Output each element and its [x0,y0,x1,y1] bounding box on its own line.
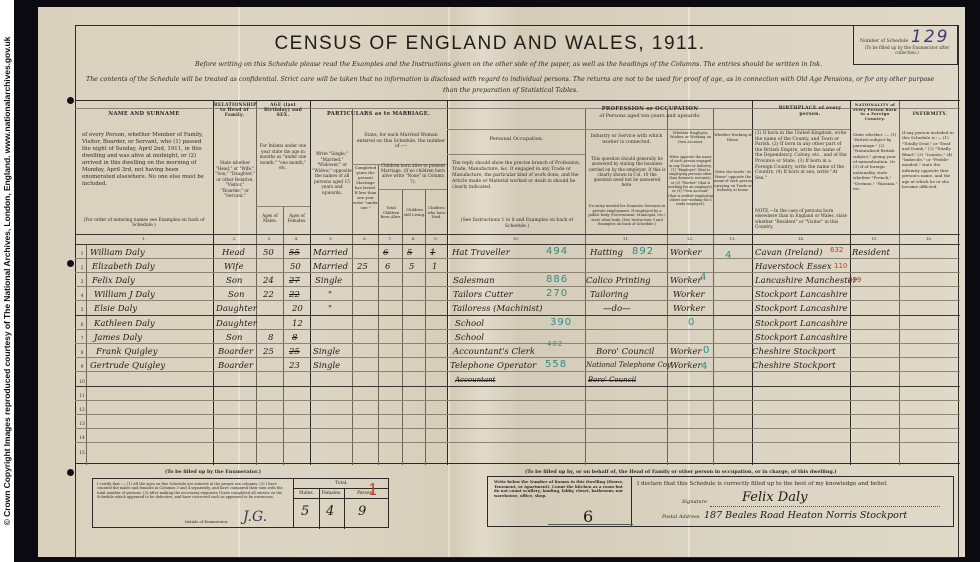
col-birthplace-note: NOTE.—In the case of persons born elsewh… [755,209,849,231]
total-males: 5 [301,504,309,519]
children-died-struck: 1 [430,248,435,258]
col-industry: Industry or Service with which worker is… [586,134,667,145]
children-total-struck: 6 [383,248,388,258]
occupation-code: 402 [547,340,563,348]
employer-status: Worker [670,276,702,286]
birthplace: Stockport Lancashire [755,304,848,314]
employer-code: 0 [703,345,710,356]
declaration-box: I declare that this Schedule is correctl… [632,476,954,527]
birthplace: Cheshire Stockport [752,347,836,357]
col-industry-desc: This question should generally be answer… [588,156,666,188]
enumerator-heading: (To be filled up by the Enumerator.) [165,470,261,475]
age-female-struck: 55 [289,248,300,258]
punch-hole [67,260,74,267]
industry: Calico Printing [586,276,651,286]
occupation: Tailoress (Machinist) [452,304,542,314]
age-male: 24 [263,276,274,286]
age-male: 50 [263,248,274,258]
industry: Tailoring [590,290,628,300]
birthplace: Stockport Lancashire [755,290,848,300]
age-male: 8 [268,333,273,343]
red-check-mark: 1 [368,480,378,499]
marriage-years: 25 [357,262,368,272]
col-married-woman-desc: State, for each Married Woman entered on… [355,133,447,150]
industry: Boro' Council [596,347,654,357]
col-children-living: Children still Living. [403,208,426,217]
marital-status: Single [313,347,340,357]
occupation: Tailors Cutter [453,290,513,300]
person-name: Frank Quigley [96,347,158,357]
birthplace: Cheshire Stockport [752,361,836,371]
occupation-code: 886 [546,274,568,285]
occupation-code: 390 [550,317,572,328]
occupation: School [455,333,484,343]
col-nationality-header: NATIONALITY of every Person born in a Fo… [851,103,899,121]
birthplace-code: 632 [830,246,843,254]
occupation-code: 270 [546,288,568,299]
total-persons: 9 [358,504,366,519]
col-marriage-status-desc: Write "Single," "Married," "Widower," or… [312,152,352,196]
age-female-struck: 25 [289,347,300,357]
col-relationship-header: RELATIONSHIP to Head of Family. [214,103,255,118]
relationship: Boarder [218,361,253,371]
person-name: William J Daly [94,290,155,300]
employer-code: 4 [701,361,708,372]
age-female: 12 [292,319,303,329]
col-home-desc: Write the words "At Home" opposite the n… [714,170,752,193]
marital-status: Single [315,276,342,286]
col-birthplace-header: BIRTHPLACE of every person. [770,106,850,118]
occupation-code: 558 [545,359,567,370]
birthplace: Stockport Lancashire [755,333,848,343]
relationship: Wife [224,262,243,272]
employer-code: 4 [700,272,707,283]
col-infirmity-header: INFIRMITY. [900,111,960,117]
col-birthplace-desc: (1) If born in the United Kingdom, write… [755,131,849,181]
birthplace-code: 059 [848,276,861,284]
relationship: Daughter [216,319,257,329]
age-female: 23 [289,361,300,371]
age-female-struck: 27 [289,276,300,286]
occupation-code: 494 [546,246,568,257]
occupation: Telephone Operator [450,361,536,371]
age-male: 25 [263,347,274,357]
industry-code: 892 [632,246,654,257]
confidential-line-2: than the preparation of Statistical Tabl… [443,86,578,94]
birthplace: Cavan (Ireland) [755,248,822,258]
age-female: 20 [292,304,303,314]
occupation: School [455,319,484,329]
enumerator-certification: I certify that :— (1) All the ages on th… [92,478,294,528]
birthplace: Haverstock Essex [755,262,832,272]
col-relationship-desc: State whether "Head," or "Wife," "Son," … [215,160,255,199]
person-name: Kathleen Daly [94,319,155,329]
industry: National Telephone Coy [586,361,671,369]
marital-status: Single [313,361,340,371]
children-living: 5 [409,262,414,272]
rooms-box: Write below the Number of Rooms in this … [487,476,632,527]
col-age-desc: For Infants under one year state the age… [258,143,308,171]
punch-hole [67,469,74,476]
col-home: Whether Working at Home. [714,133,752,142]
employer-status: Worker [673,290,705,300]
employer-status: Worker [673,304,705,314]
signature: Felix Daly [742,490,807,505]
relationship: Boarder [218,347,253,357]
relationship: Son [228,290,244,300]
col-name-desc: of every Person, whether Member of Famil… [82,132,208,188]
occupation: Accountant's Clerk [453,347,535,357]
relationship: Daughter [216,304,257,314]
postal-address: 187 Beales Road Heaton Norris Stockport [704,510,907,521]
birthplace: Lancashire Manchester [755,276,857,286]
enumerator-initials: J.G. [243,509,267,525]
children-living-struck: 5 [407,248,412,258]
col-children-header: Children born alive to present Marriage.… [379,163,447,184]
col-name-header: NAME AND SURNAME [75,111,213,117]
schedule-number-box: Number of Schedule (To be filled up by t… [853,25,958,65]
person-name: Elsie Daly [94,304,137,314]
marital-status: Married [313,248,348,258]
col-age-females: Ages of Females. [284,213,310,223]
age-male: 22 [263,290,274,300]
col-nationality-desc: State whether :— (1) "British subject by… [853,132,898,191]
relationship: Head [222,248,245,258]
industry: —do— [603,304,631,314]
col-children-died: Children who have Died. [426,206,447,220]
nationality: Resident [852,248,890,258]
copyright-credit: © Crown Copyright Images reproduced cour… [0,0,14,562]
employer-status: Worker [670,361,702,371]
punch-hole [67,97,74,104]
industry-struck: Boro' Council [588,376,636,384]
col-marriage-header: PARTICULARS as to MARRIAGE. [311,111,446,117]
employer-status: Worker [670,248,702,258]
schedule-number: 129 [911,27,949,47]
relationship: Son [226,276,242,286]
person-name: Gertrude Quigley [90,361,165,371]
col-employer-desc: Write opposite the name of each person e… [668,155,713,207]
occupation: Hat Traveller [452,248,510,258]
age-female-struck: 8 [292,333,297,343]
instruction-line: Before writing on this Schedule please r… [195,60,822,68]
page-title: CENSUS OF ENGLAND AND WALES, 1911. [0,33,980,55]
marital-status: " [328,290,332,300]
head-of-family-heading: (To be filled up by, or on behalf of, th… [525,470,837,475]
birthplace: Stockport Lancashire [755,319,848,329]
occupation-struck: Accountant [455,376,495,384]
col-industry-note: No entry needed for Domestic Servants in… [588,204,666,227]
col-infirmity-desc: If any person included in this Schedule … [902,130,958,189]
total-females: 4 [326,504,334,519]
person-name: Elizabeth Daly [92,262,155,272]
employer-status: Worker [670,347,702,357]
children-died: 1 [432,262,437,272]
col-age-males: Ages of Males. [257,213,283,223]
person-name: Felix Daly [92,276,135,286]
person-name: William Daly [90,248,145,258]
col-personal-occupation: Personal Occupation. [448,136,585,142]
col-employer: Whether Employer, Worker, or Working on … [668,131,713,144]
children-total: 6 [385,262,390,272]
age-female-struck: 22 [289,290,300,300]
confidential-line-1: The contents of the Schedule will be tre… [86,76,934,83]
col-age-header: AGE (last Birthday) and SEX. [257,103,309,118]
marital-status: " [328,304,332,314]
birthplace-code: 110 [834,262,847,270]
employer-code: 0 [688,317,695,328]
col-personal-occupation-desc: The reply should show the precise branch… [452,161,582,191]
col-marriage-years: Completed years the present Marriage has… [353,165,378,210]
col-name-note: (For order of entering names see Example… [80,218,208,228]
marital-status: Married [313,262,348,272]
col-personal-occupation-note: (See Instructions 1 to 8 and Examples on… [452,218,582,230]
relationship: Son [226,333,242,343]
occupation: Salesman [453,276,495,286]
employer-code: 4 [725,250,732,261]
person-name: James Daly [94,333,142,343]
age-female: 50 [290,262,301,272]
col-children-total: Total Children Born Alive. [379,206,403,220]
industry: Hatting [590,248,623,258]
